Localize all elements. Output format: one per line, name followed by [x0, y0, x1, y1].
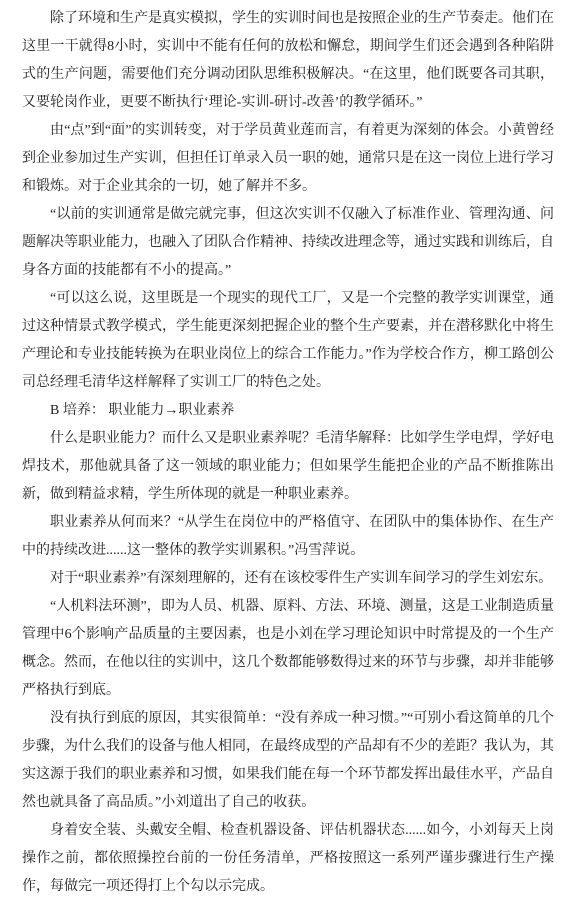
- paragraph: 对于“职业素养”有深刻理解的，还有在该校零件生产实训车间学习的学生刘宏东。: [22, 565, 554, 593]
- paragraph: 除了环境和生产是真实模拟，学生的实训时间也是按照企业的生产节奏走。他们在这里一干…: [22, 5, 554, 117]
- section-heading: B 培养： 职业能力→职业素养: [22, 397, 554, 425]
- paragraph: 职业素养从何而来？“从学生在岗位中的严格值守、在团队中的集体协作、在生产中的持续…: [22, 509, 554, 565]
- document-page: 除了环境和生产是真实模拟，学生的实训时间也是按照企业的生产节奏走。他们在这里一干…: [0, 0, 576, 904]
- paragraph: 没有执行到底的原因，其实很简单：“没有养成一种习惯。”“可别小看这简单的几个步骤…: [22, 705, 554, 817]
- paragraph: 由“点”到“面”的实训转变，对于学员黄业莲而言，有着更为深刻的体会。小黄曾经到企…: [22, 117, 554, 201]
- paragraph: 身着安全装、头戴安全帽、检查机器设备、评估机器状态......如今，小刘每天上岗…: [22, 817, 554, 901]
- paragraph: “人机料法环测”，即为人员、机器、原料、方法、环境、测量，这是工业制造质量管理中…: [22, 593, 554, 705]
- paragraph: 什么是职业能力？而什么又是职业素养呢？毛清华解释：比如学生学电焊，学好电焊技术，…: [22, 425, 554, 509]
- paragraph: “以前的实训通常是做完就完事，但这次实训不仅融入了标准作业、管理沟通、问题解决等…: [22, 201, 554, 285]
- paragraph: “可以这么说，这里既是一个现实的现代工厂，又是一个完整的教学实训课堂，通过这种情…: [22, 285, 554, 397]
